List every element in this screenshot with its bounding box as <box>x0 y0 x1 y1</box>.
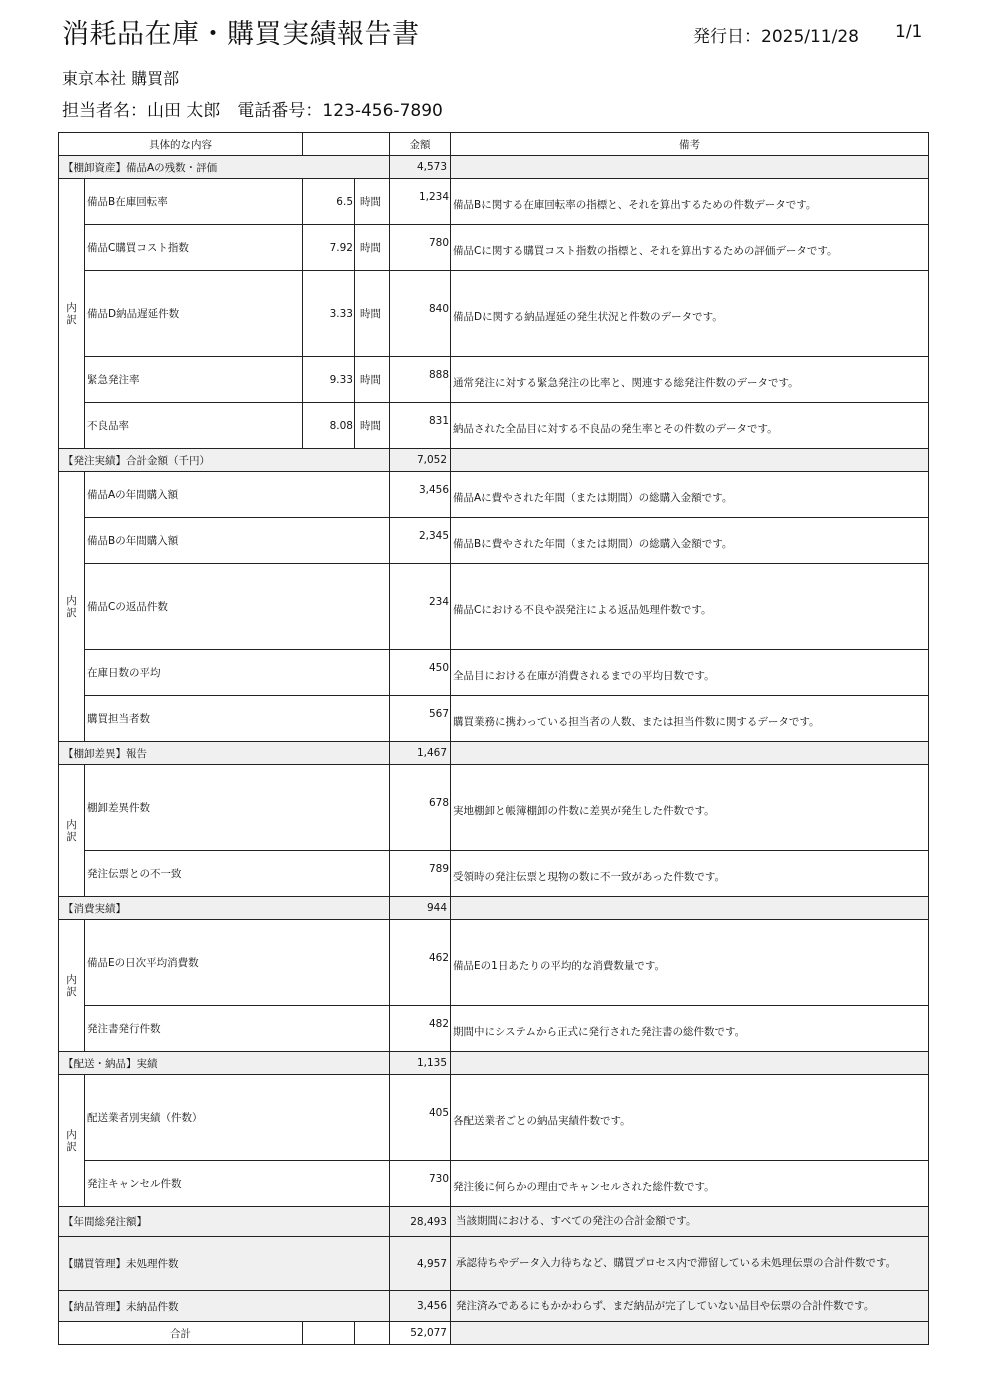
item-amount-cell: 567 <box>390 696 451 742</box>
item-amount: 2,345 <box>419 530 449 542</box>
item-amount-cell: 450 <box>390 650 451 696</box>
total-label: 合計 <box>59 1322 303 1345</box>
item-remark-cell: 期間中にシステムから正式に発行された発注書の総件数です。 <box>451 1006 929 1052</box>
summary-row: 【納品管理】未納品件数 3,456 発注済みであるにもかかわらず、まだ納品が完了… <box>59 1291 929 1322</box>
section-row: 【配送・納品】実績 1,135 <box>59 1052 929 1075</box>
summary-label: 【納品管理】未納品件数 <box>59 1291 390 1322</box>
breakdown-text: 内訳 <box>66 302 78 326</box>
breakdown-text: 内訳 <box>66 974 78 998</box>
item-name: 備品Aの年間購入額 <box>85 472 390 518</box>
item-remark: 備品Cに関する購買コスト指数の指標と、それを算出するための評価データです。 <box>453 245 838 257</box>
item-amount-cell: 840 <box>390 271 451 357</box>
section-amount: 1,467 <box>390 742 451 765</box>
item-amount: 888 <box>429 369 449 381</box>
section-label: 【棚卸差異】報告 <box>59 742 390 765</box>
item-remark: 納品された全品目に対する不良品の発生率とその件数のデータです。 <box>453 423 778 435</box>
item-value: 8.08 <box>303 403 355 449</box>
item-remark-cell: 発注後に何らかの理由でキャンセルされた総件数です。 <box>451 1161 929 1207</box>
item-remark-cell: 備品Bに関する在庫回転率の指標と、それを算出するための件数データです。 <box>451 179 929 225</box>
section-amount: 944 <box>390 897 451 920</box>
item-remark-cell: 各配送業者ごとの納品実績件数です。 <box>451 1075 929 1161</box>
item-remark: 購買業務に携わっている担当者の人数、または担当件数に関するデータです。 <box>453 716 820 728</box>
item-name: 配送業者別実績（件数） <box>85 1075 390 1161</box>
column-header-blank <box>303 133 390 156</box>
item-amount-cell: 1,234 <box>390 179 451 225</box>
item-amount-cell: 482 <box>390 1006 451 1052</box>
item-remark-cell: 受領時の発注伝票と現物の数に不一致があった件数です。 <box>451 851 929 897</box>
summary-remark: 当該期間における、すべての発注の合計金額です。 <box>451 1207 929 1237</box>
item-remark-cell: 備品Aに費やされた年間（または期間）の総購入金額です。 <box>451 472 929 518</box>
item-amount-cell: 678 <box>390 765 451 851</box>
section-amount: 4,573 <box>390 156 451 179</box>
item-amount: 780 <box>429 237 449 249</box>
summary-row: 【年間総発注額】 28,493 当該期間における、すべての発注の合計金額です。 <box>59 1207 929 1237</box>
item-value: 3.33 <box>303 271 355 357</box>
detail-row: 内訳配送業者別実績（件数）405 各配送業者ごとの納品実績件数です。 <box>59 1075 929 1161</box>
item-remark: 備品Dに関する納品遅延の発生状況と件数のデータです。 <box>453 311 723 323</box>
item-remark: 備品Cにおける不良や誤発注による返品処理件数です。 <box>453 604 712 616</box>
item-amount: 1,234 <box>419 191 449 203</box>
item-name: 緊急発注率 <box>85 357 303 403</box>
item-amount-cell: 831 <box>390 403 451 449</box>
item-remark: 備品Bに費やされた年間（または期間）の総購入金額です。 <box>453 538 732 550</box>
item-amount-cell: 888 <box>390 357 451 403</box>
summary-amount: 4,957 <box>390 1237 451 1291</box>
section-label: 【発注実績】合計金額（千円） <box>59 449 390 472</box>
item-value: 9.33 <box>303 357 355 403</box>
item-name: 備品Cの返品件数 <box>85 564 390 650</box>
item-remark-cell: 備品Cに関する購買コスト指数の指標と、それを算出するための評価データです。 <box>451 225 929 271</box>
item-name: 備品Eの日次平均消費数 <box>85 920 390 1006</box>
detail-row: 在庫日数の平均450 全品目における在庫が消費されるまでの平均日数です。 <box>59 650 929 696</box>
breakdown-label: 内訳 <box>59 920 85 1052</box>
column-header-amount: 金額 <box>390 133 451 156</box>
breakdown-text: 内訳 <box>66 1129 78 1153</box>
breakdown-label: 内訳 <box>59 765 85 897</box>
item-name: 不良品率 <box>85 403 303 449</box>
item-value: 6.5 <box>303 179 355 225</box>
item-remark: 発注後に何らかの理由でキャンセルされた総件数です。 <box>453 1181 715 1193</box>
item-remark-cell: 全品目における在庫が消費されるまでの平均日数です。 <box>451 650 929 696</box>
section-remark <box>451 897 929 920</box>
item-remark: 期間中にシステムから正式に発行された発注書の総件数です。 <box>453 1026 745 1038</box>
detail-row: 内訳備品B在庫回転率 6.5 時間1,234 備品Bに関する在庫回転率の指標と、… <box>59 179 929 225</box>
detail-row: 発注キャンセル件数730 発注後に何らかの理由でキャンセルされた総件数です。 <box>59 1161 929 1207</box>
section-row: 【棚卸資産】備品Aの残数・評価 4,573 <box>59 156 929 179</box>
page-number: 1/1 <box>895 22 922 42</box>
table-body: 【棚卸資産】備品Aの残数・評価 4,573 内訳備品B在庫回転率 6.5 時間1… <box>59 156 929 1345</box>
item-name: 発注伝票との不一致 <box>85 851 390 897</box>
item-amount-cell: 730 <box>390 1161 451 1207</box>
item-amount: 3,456 <box>419 484 449 496</box>
item-remark-cell: 備品Dに関する納品遅延の発生状況と件数のデータです。 <box>451 271 929 357</box>
item-unit: 時間 <box>355 403 390 449</box>
department: 東京本社 購買部 <box>62 66 179 89</box>
item-value: 7.92 <box>303 225 355 271</box>
item-amount-cell: 462 <box>390 920 451 1006</box>
item-unit: 時間 <box>355 179 390 225</box>
item-remark: 全品目における在庫が消費されるまでの平均日数です。 <box>453 670 715 682</box>
item-amount: 730 <box>429 1173 449 1185</box>
total-amount: 52,077 <box>390 1322 451 1345</box>
item-amount: 234 <box>429 596 449 608</box>
item-name: 購買担当者数 <box>85 696 390 742</box>
item-remark-cell: 実地棚卸と帳簿棚卸の件数に差異が発生した件数です。 <box>451 765 929 851</box>
item-unit: 時間 <box>355 357 390 403</box>
item-remark: 備品Eの1日あたりの平均的な消費数量です。 <box>453 960 665 972</box>
summary-row: 【購買管理】未処理件数 4,957 承認待ちやデータ入力待ちなど、購買プロセス内… <box>59 1237 929 1291</box>
item-remark-cell: 備品Cにおける不良や誤発注による返品処理件数です。 <box>451 564 929 650</box>
item-remark: 受領時の発注伝票と現物の数に不一致があった件数です。 <box>453 871 725 883</box>
breakdown-label: 内訳 <box>59 472 85 742</box>
item-amount: 450 <box>429 662 449 674</box>
summary-label: 【購買管理】未処理件数 <box>59 1237 390 1291</box>
issue-date: 発行日：2025/11/28 <box>693 22 859 47</box>
contact-text: 担当者名：山田 太郎 電話番号：123-456-7890 <box>62 101 443 121</box>
section-remark <box>451 156 929 179</box>
total-remark <box>451 1322 929 1345</box>
summary-label: 【年間総発注額】 <box>59 1207 390 1237</box>
detail-row: 内訳備品Eの日次平均消費数462 備品Eの1日あたりの平均的な消費数量です。 <box>59 920 929 1006</box>
contact-info: 担当者名：山田 太郎 電話番号：123-456-7890 <box>62 96 443 121</box>
breakdown-text: 内訳 <box>66 595 78 619</box>
item-remark: 実地棚卸と帳簿棚卸の件数に差異が発生した件数です。 <box>453 805 715 817</box>
section-remark <box>451 742 929 765</box>
breakdown-text: 内訳 <box>66 819 78 843</box>
detail-row: 備品D納品遅延件数 3.33 時間840 備品Dに関する納品遅延の発生状況と件数… <box>59 271 929 357</box>
item-remark: 通常発注に対する緊急発注の比率と、関連する総発注件数のデータです。 <box>453 377 799 389</box>
item-amount-cell: 3,456 <box>390 472 451 518</box>
item-remark-cell: 備品Bに費やされた年間（または期間）の総購入金額です。 <box>451 518 929 564</box>
section-label: 【棚卸資産】備品Aの残数・評価 <box>59 156 390 179</box>
section-remark <box>451 1052 929 1075</box>
item-amount: 678 <box>429 797 449 809</box>
item-remark-cell: 納品された全品目に対する不良品の発生率とその件数のデータです。 <box>451 403 929 449</box>
detail-row: 発注伝票との不一致789 受領時の発注伝票と現物の数に不一致があった件数です。 <box>59 851 929 897</box>
detail-row: 発注書発行件数482 期間中にシステムから正式に発行された発注書の総件数です。 <box>59 1006 929 1052</box>
summary-amount: 28,493 <box>390 1207 451 1237</box>
column-header-remarks: 備考 <box>451 133 929 156</box>
detail-row: 内訳棚卸差異件数678 実地棚卸と帳簿棚卸の件数に差異が発生した件数です。 <box>59 765 929 851</box>
breakdown-label: 内訳 <box>59 1075 85 1207</box>
item-unit: 時間 <box>355 271 390 357</box>
section-row: 【発注実績】合計金額（千円） 7,052 <box>59 449 929 472</box>
section-label: 【消費実績】 <box>59 897 390 920</box>
item-amount: 789 <box>429 863 449 875</box>
item-amount-cell: 234 <box>390 564 451 650</box>
report-table: 具体的な内容 金額 備考 【棚卸資産】備品Aの残数・評価 4,573 内訳備品B… <box>58 132 929 1345</box>
total-blank-2 <box>355 1322 390 1345</box>
summary-amount: 3,456 <box>390 1291 451 1322</box>
item-name: 発注書発行件数 <box>85 1006 390 1052</box>
item-remark-cell: 購買業務に携わっている担当者の人数、または担当件数に関するデータです。 <box>451 696 929 742</box>
section-row: 【棚卸差異】報告 1,467 <box>59 742 929 765</box>
item-amount: 462 <box>429 952 449 964</box>
report-title: 消耗品在庫・購買実績報告書 <box>62 12 420 51</box>
column-header-content: 具体的な内容 <box>59 133 303 156</box>
breakdown-label: 内訳 <box>59 179 85 449</box>
item-remark: 各配送業者ごとの納品実績件数です。 <box>453 1115 631 1127</box>
section-label: 【配送・納品】実績 <box>59 1052 390 1075</box>
item-remark-cell: 備品Eの1日あたりの平均的な消費数量です。 <box>451 920 929 1006</box>
item-name: 備品Bの年間購入額 <box>85 518 390 564</box>
item-name: 発注キャンセル件数 <box>85 1161 390 1207</box>
item-remark-cell: 通常発注に対する緊急発注の比率と、関連する総発注件数のデータです。 <box>451 357 929 403</box>
item-name: 備品C購買コスト指数 <box>85 225 303 271</box>
item-amount: 840 <box>429 303 449 315</box>
detail-row: 購買担当者数567 購買業務に携わっている担当者の人数、または担当件数に関するデ… <box>59 696 929 742</box>
summary-remark: 承認待ちやデータ入力待ちなど、購買プロセス内で滞留している未処理伝票の合計件数で… <box>451 1237 929 1291</box>
table-header-row: 具体的な内容 金額 備考 <box>59 133 929 156</box>
total-blank-1 <box>303 1322 355 1345</box>
item-amount: 567 <box>429 708 449 720</box>
item-name: 備品B在庫回転率 <box>85 179 303 225</box>
item-name: 備品D納品遅延件数 <box>85 271 303 357</box>
detail-row: 備品Cの返品件数234 備品Cにおける不良や誤発注による返品処理件数です。 <box>59 564 929 650</box>
item-amount-cell: 780 <box>390 225 451 271</box>
item-amount-cell: 789 <box>390 851 451 897</box>
item-amount: 831 <box>429 415 449 427</box>
detail-row: 備品Bの年間購入額2,345 備品Bに費やされた年間（または期間）の総購入金額で… <box>59 518 929 564</box>
item-name: 棚卸差異件数 <box>85 765 390 851</box>
item-amount-cell: 2,345 <box>390 518 451 564</box>
detail-row: 不良品率 8.08 時間831 納品された全品目に対する不良品の発生率とその件数… <box>59 403 929 449</box>
item-remark: 備品Bに関する在庫回転率の指標と、それを算出するための件数データです。 <box>453 199 816 211</box>
section-amount: 1,135 <box>390 1052 451 1075</box>
detail-row: 備品C購買コスト指数 7.92 時間780 備品Cに関する購買コスト指数の指標と… <box>59 225 929 271</box>
summary-remark: 発注済みであるにもかかわらず、まだ納品が完了していない品目や伝票の合計件数です。 <box>451 1291 929 1322</box>
item-name: 在庫日数の平均 <box>85 650 390 696</box>
section-amount: 7,052 <box>390 449 451 472</box>
item-unit: 時間 <box>355 225 390 271</box>
section-row: 【消費実績】 944 <box>59 897 929 920</box>
total-row: 合計 52,077 <box>59 1322 929 1345</box>
item-amount: 405 <box>429 1107 449 1119</box>
item-amount: 482 <box>429 1018 449 1030</box>
section-remark <box>451 449 929 472</box>
detail-row: 緊急発注率 9.33 時間888 通常発注に対する緊急発注の比率と、関連する総発… <box>59 357 929 403</box>
item-remark: 備品Aに費やされた年間（または期間）の総購入金額です。 <box>453 492 732 504</box>
detail-row: 内訳備品Aの年間購入額3,456 備品Aに費やされた年間（または期間）の総購入金… <box>59 472 929 518</box>
item-amount-cell: 405 <box>390 1075 451 1161</box>
